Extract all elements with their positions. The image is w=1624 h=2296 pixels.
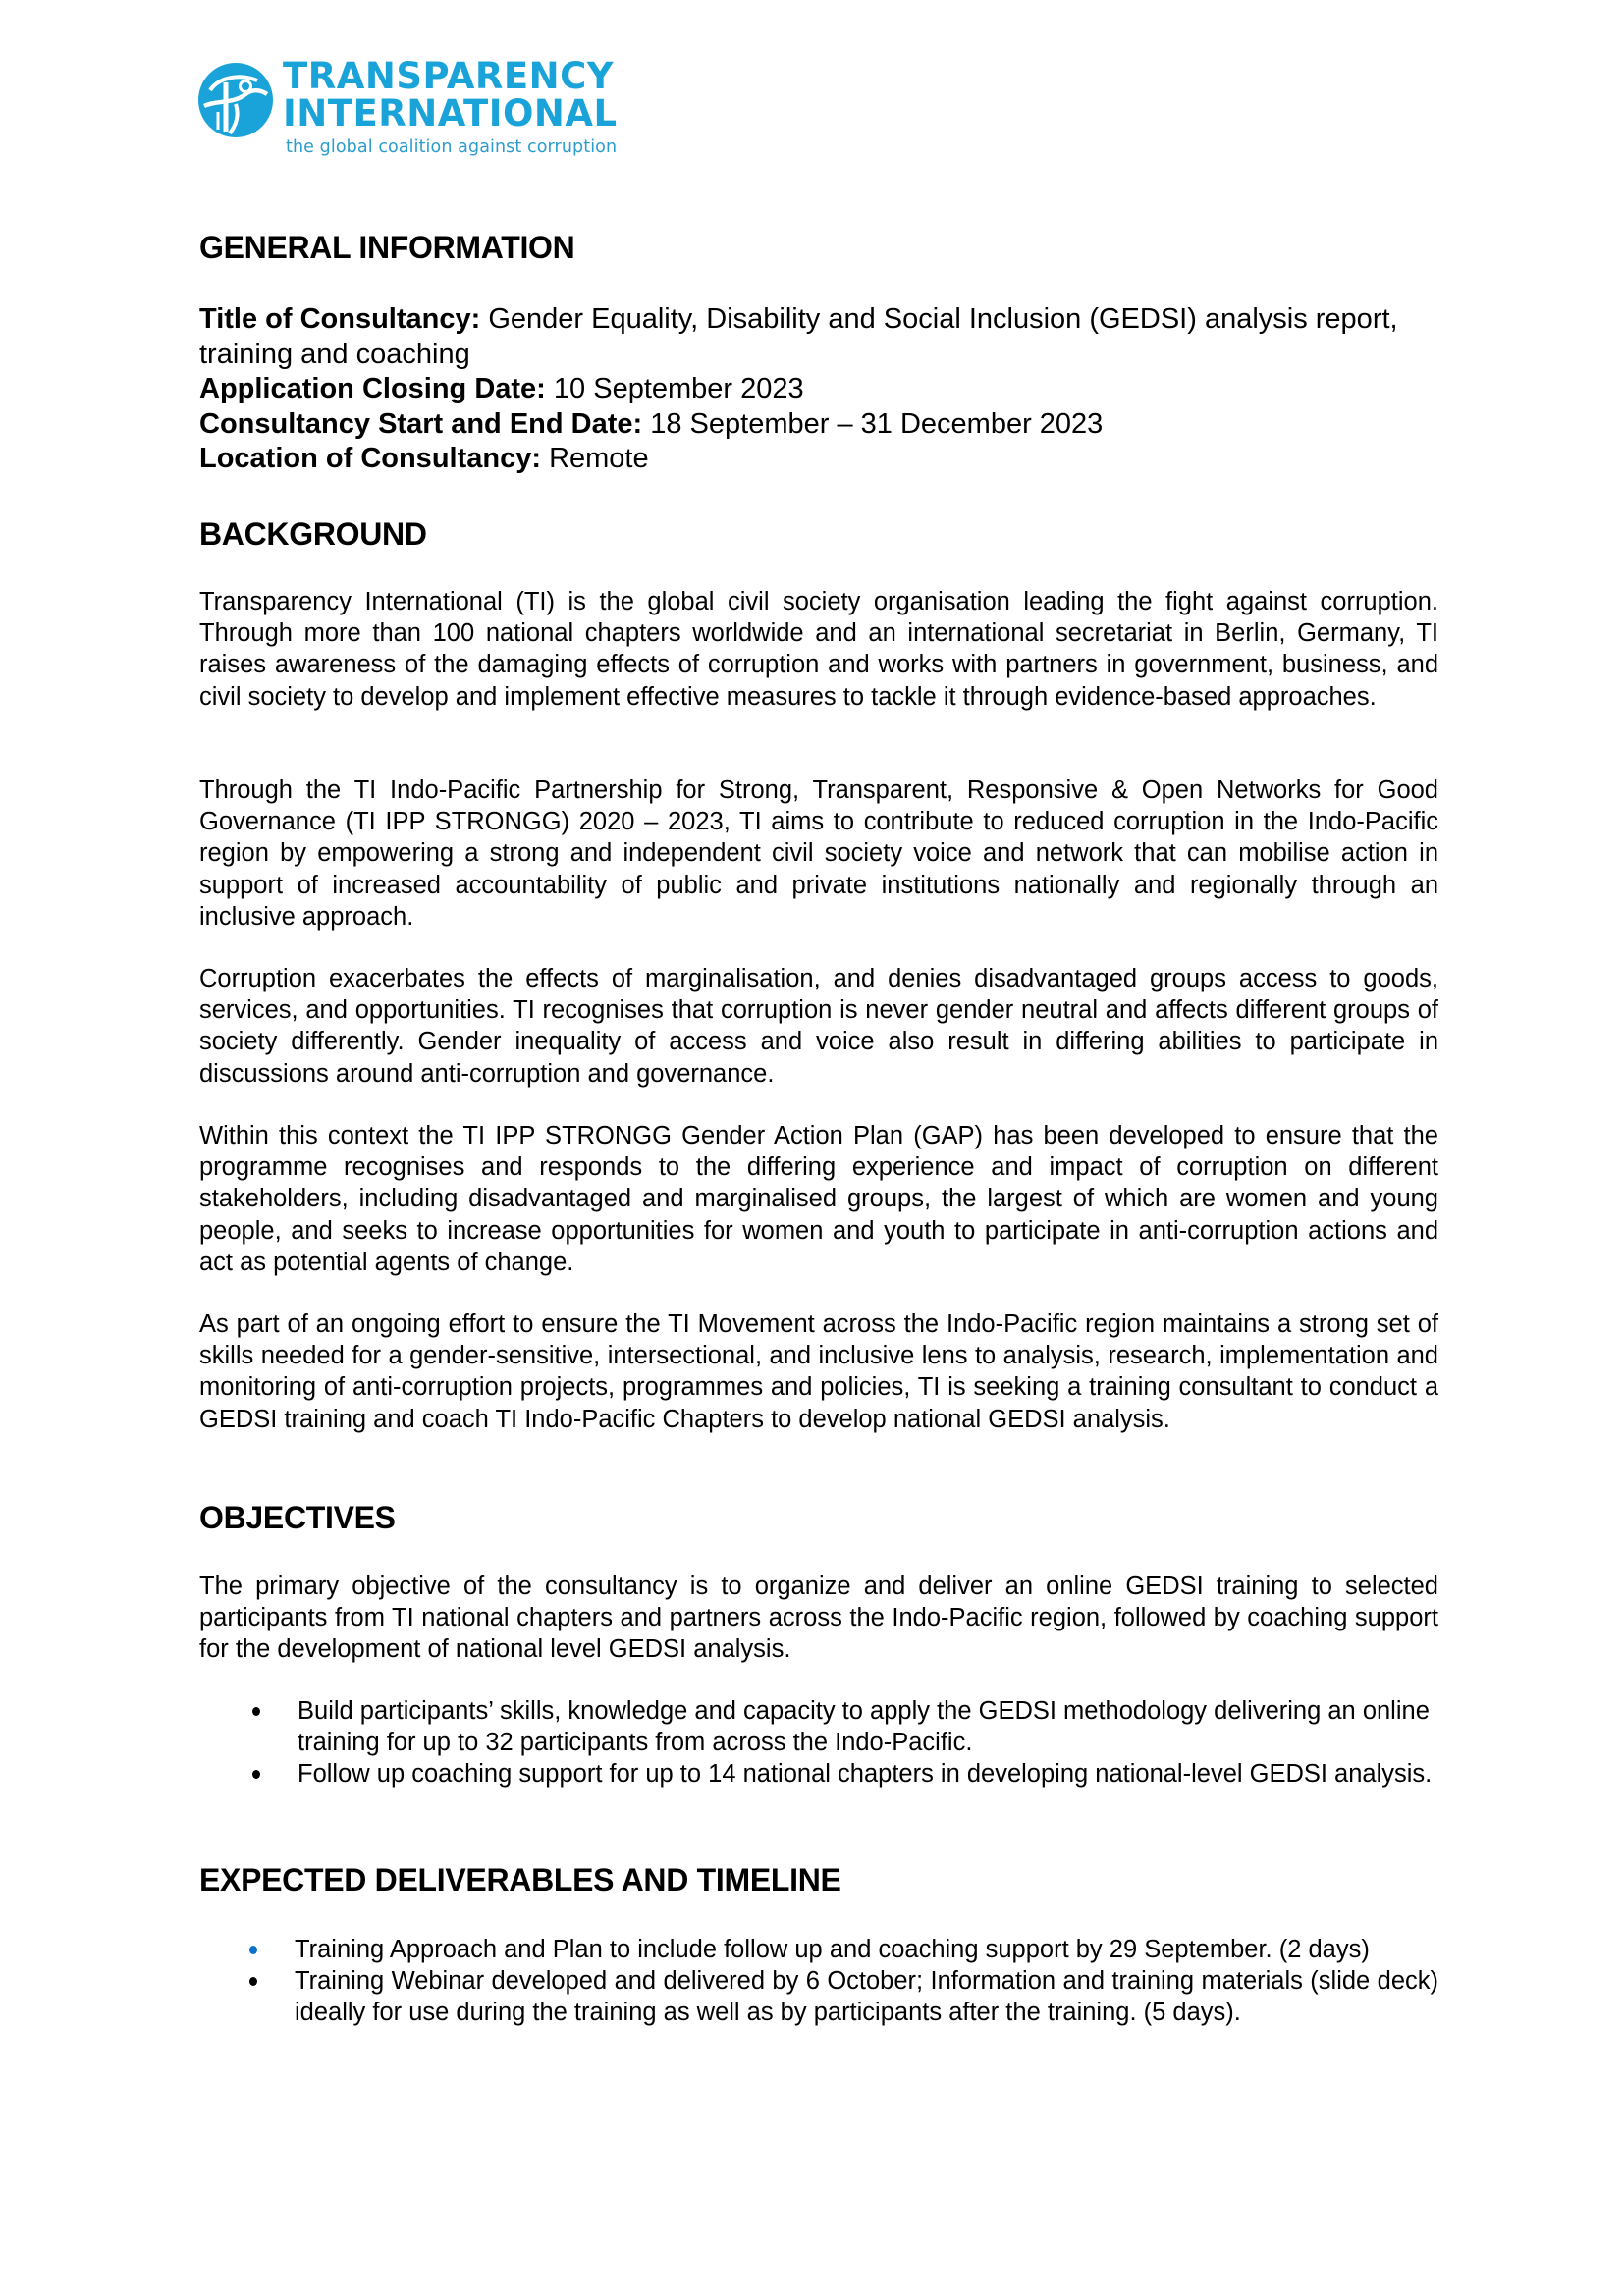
background-heading: BACKGROUND: [199, 516, 427, 552]
list-item-text: Training Webinar developed and delivered…: [295, 1967, 1438, 2026]
list-item: Build participants’ skills, knowledge an…: [199, 1695, 1438, 1758]
bullet-icon: [249, 1946, 257, 1954]
transparency-international-logo: TRANSPARENCY INTERNATIONAL the global co…: [196, 59, 609, 162]
info-label: Title of Consultancy:: [199, 303, 480, 335]
info-value: 18 September – 31 December 2023: [650, 408, 1103, 440]
deliverables-heading: EXPECTED DELIVERABLES AND TIMELINE: [199, 1862, 841, 1897]
info-value: 10 September 2023: [554, 373, 804, 404]
list-item-text: Training Approach and Plan to include fo…: [295, 1936, 1370, 1963]
background-paragraph-5: As part of an ongoing effort to ensure t…: [199, 1308, 1438, 1435]
info-label: Application Closing Date:: [199, 373, 546, 404]
logo-tagline: the global coalition against corruption: [286, 137, 617, 157]
bullet-icon: [252, 1770, 260, 1779]
info-location: Location of Consultancy: Remote: [199, 442, 1438, 477]
background-paragraph-1: Transparency International (TI) is the g…: [199, 586, 1438, 713]
info-title-of-consultancy: Title of Consultancy: Gender Equality, D…: [199, 302, 1438, 372]
globe-person-icon: [196, 61, 275, 139]
background-paragraph-2: Through the TI Indo-Pacific Partnership …: [199, 774, 1438, 933]
background-paragraph-3: Corruption exacerbates the effects of ma…: [199, 963, 1438, 1090]
background-paragraph-4: Within this context the TI IPP STRONGG G…: [199, 1120, 1438, 1278]
list-item-text: Follow up coaching support for up to 14 …: [298, 1760, 1432, 1788]
general-information-heading: GENERAL INFORMATION: [199, 230, 574, 265]
info-label: Location of Consultancy:: [199, 443, 541, 474]
info-label: Consultancy Start and End Date:: [199, 408, 642, 440]
list-item-text: Build participants’ skills, knowledge an…: [298, 1697, 1430, 1756]
general-information-fields: Title of Consultancy: Gender Equality, D…: [199, 302, 1438, 477]
info-application-closing-date: Application Closing Date: 10 September 2…: [199, 372, 1438, 407]
bullet-icon: [252, 1707, 260, 1716]
objectives-heading: OBJECTIVES: [199, 1500, 396, 1535]
logo-wordmark-line2: INTERNATIONAL: [283, 94, 618, 133]
list-item: Training Webinar developed and delivered…: [199, 1965, 1438, 2028]
bullet-icon: [249, 1977, 257, 1986]
objectives-intro: The primary objective of the consultancy…: [199, 1571, 1438, 1666]
list-item: Follow up coaching support for up to 14 …: [199, 1758, 1438, 1789]
list-item: Training Approach and Plan to include fo…: [199, 1934, 1438, 1965]
logo-wordmark-line1: TRANSPARENCY: [283, 57, 614, 96]
info-value: Remote: [549, 443, 649, 474]
objectives-list: Build participants’ skills, knowledge an…: [199, 1695, 1438, 1790]
deliverables-list: Training Approach and Plan to include fo…: [199, 1934, 1438, 2029]
info-consultancy-dates: Consultancy Start and End Date: 18 Septe…: [199, 407, 1438, 443]
